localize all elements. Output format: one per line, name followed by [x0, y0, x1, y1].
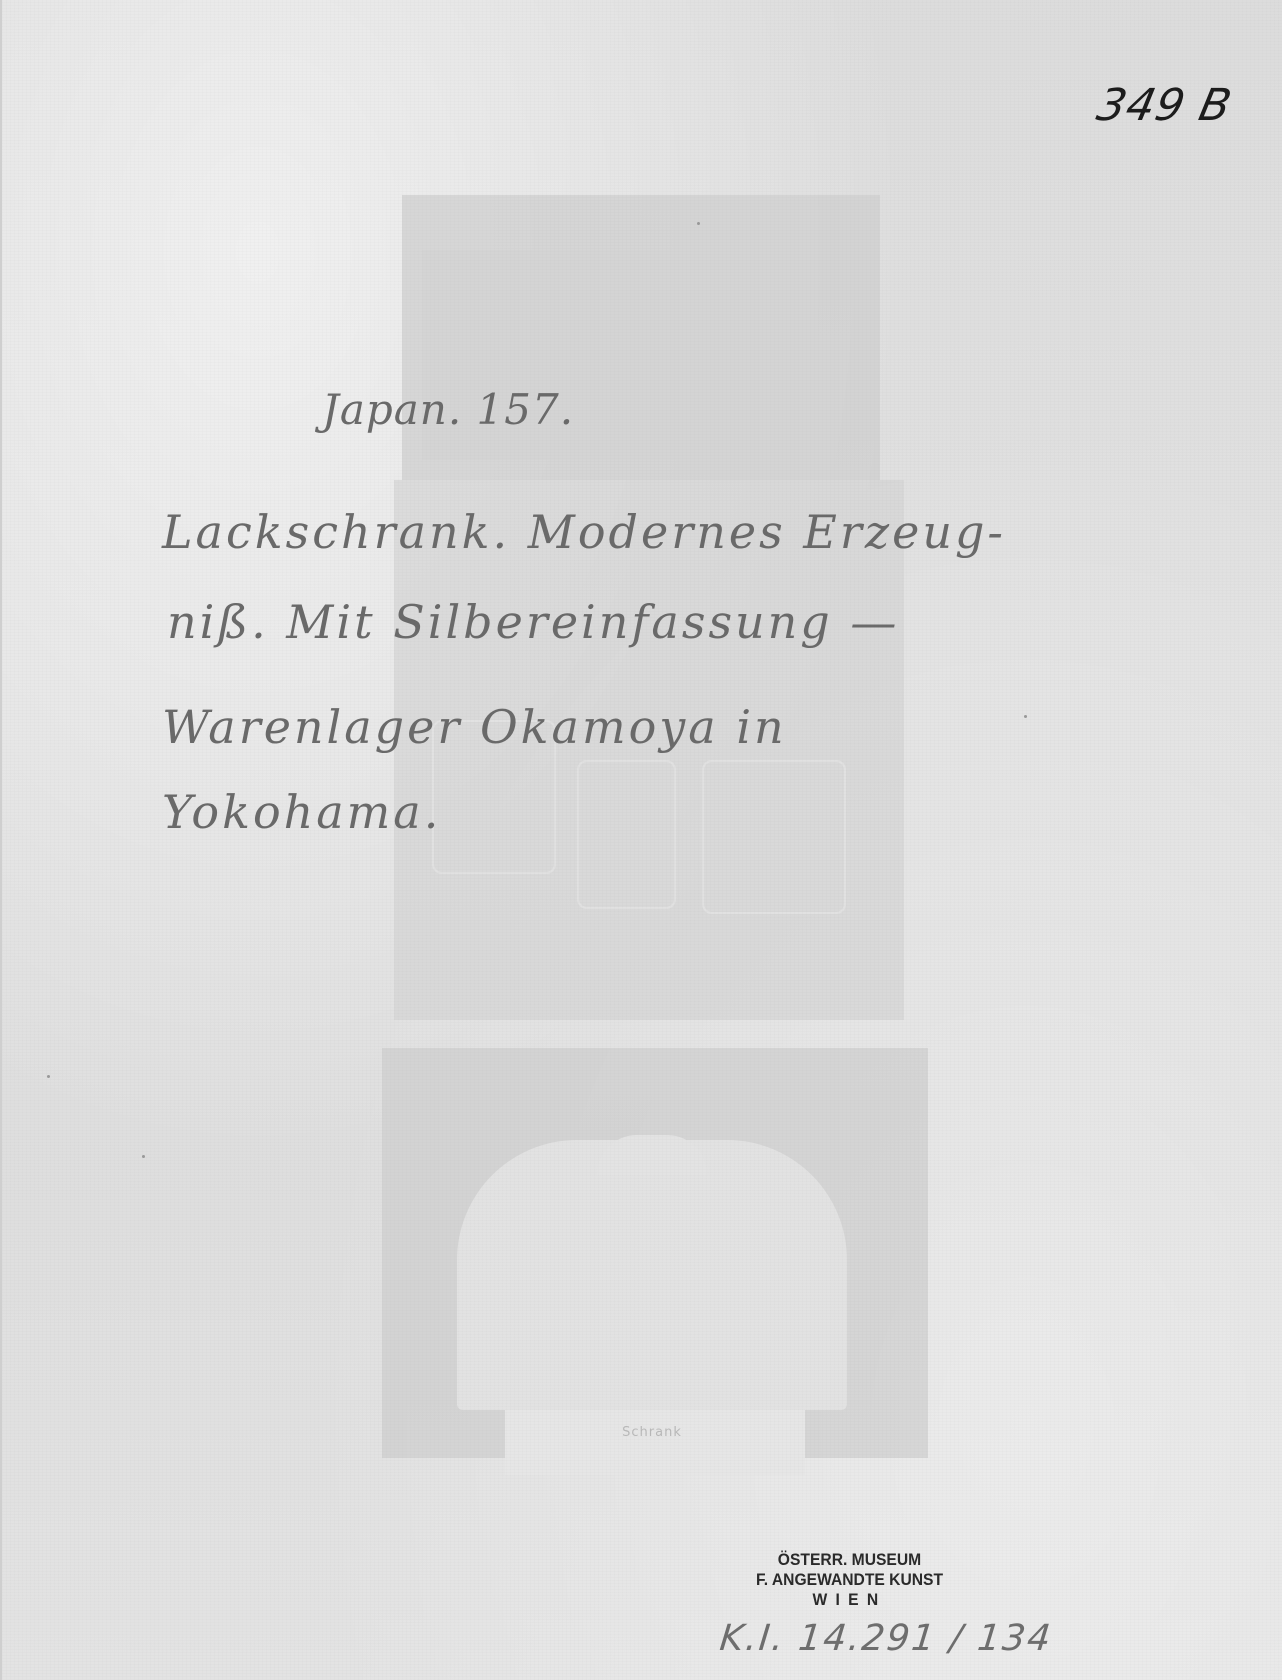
cabinet-photo-door-panel [577, 760, 676, 909]
stamp-line-city: WIEN [728, 1590, 972, 1610]
reference-number: 349 B [1093, 80, 1237, 131]
caption-line: Lackschrank. Modernes Erzeug- [162, 505, 1006, 559]
inventory-number: K.I. 14.291 / 134 [718, 1618, 1055, 1659]
document-sheet: Schrank 349 B Japan. 157. Lackschrank. M… [0, 0, 1282, 1680]
cabinet-photo-plinth [505, 1410, 805, 1475]
paper-speck [1024, 715, 1027, 718]
caption-line: Yokohama. [162, 785, 441, 839]
paper-speck [47, 1075, 50, 1078]
paper-speck [142, 1155, 145, 1158]
caption-heading: Japan. 157. [322, 385, 574, 434]
caption-line: niß. Mit Silbereinfassung — [167, 595, 899, 649]
caption-line: Warenlager Okamoya in [162, 700, 787, 754]
photo-caption-label: Schrank [562, 1425, 742, 1440]
cabinet-photo-arch-opening [457, 1140, 847, 1410]
stamp-line-institution: F. ANGEWANDTE KUNST [728, 1570, 972, 1590]
cabinet-photo-door-panel [702, 760, 846, 914]
museum-stamp: ÖSTERR. MUSEUM F. ANGEWANDTE KUNST WIEN [728, 1550, 972, 1610]
stamp-line-museum: ÖSTERR. MUSEUM [728, 1550, 972, 1570]
paper-speck [697, 222, 700, 225]
